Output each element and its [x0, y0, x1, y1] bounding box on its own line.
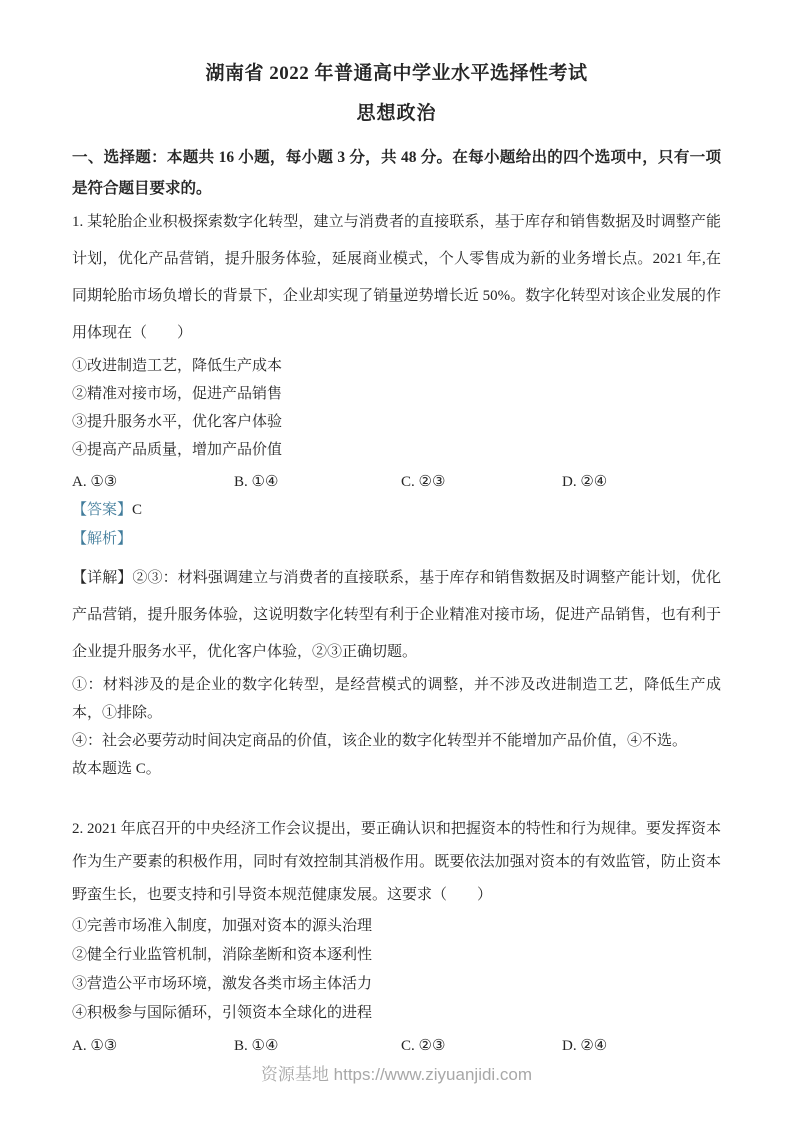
question-1-analysis-line: 【解析】	[72, 525, 721, 554]
answer-label: 【答案】	[72, 502, 132, 518]
question-2-item-2: ②健全行业监管机制，消除垄断和资本逐利性	[72, 941, 721, 970]
question-1-options: A. ①③ B. ①④ C. ②③ D. ②④	[72, 468, 721, 496]
question-1-item-2: ②精准对接市场，促进产品销售	[72, 380, 721, 408]
question-1-option-c: C. ②③	[401, 468, 562, 496]
question-2-option-b: B. ①④	[234, 1032, 401, 1060]
question-1-item-4: ④提高产品质量，增加产品价值	[72, 436, 721, 464]
question-1-detail-point-1: ①：材料涉及的是企业的数字化转型，是经营模式的调整，并不涉及改进制造工艺，降低生…	[72, 671, 721, 727]
document-page: 湖南省 2022 年普通高中学业水平选择性考试 思想政治 一、选择题：本题共 1…	[0, 0, 793, 1060]
question-2-stem: 2. 2021 年底召开的中央经济工作会议提出，要正确认识和把握资本的特性和行为…	[72, 813, 721, 912]
question-1: 1. 某轮胎企业积极探索数字化转型，建立与消费者的直接联系，基于库存和销售数据及…	[72, 204, 721, 783]
footer-watermark: 资源基地 https://www.ziyuanjidi.com	[0, 1063, 793, 1087]
page-subtitle: 思想政治	[72, 102, 721, 126]
question-2-item-4: ④积极参与国际循环，引领资本全球化的进程	[72, 999, 721, 1028]
question-2-item-3: ③营造公平市场环境，激发各类市场主体活力	[72, 970, 721, 999]
question-2-item-1: ①完善市场准入制度，加强对资本的源头治理	[72, 912, 721, 941]
question-1-item-1: ①改进制造工艺，降低生产成本	[72, 352, 721, 380]
question-1-detail-main: 【详解】②③：材料强调建立与消费者的直接联系，基于库存和销售数据及时调整产能计划…	[72, 560, 721, 671]
question-1-option-b: B. ①④	[234, 468, 401, 496]
question-1-option-a: A. ①③	[72, 468, 234, 496]
analysis-label: 【解析】	[72, 531, 132, 547]
answer-value: C	[132, 502, 142, 518]
page-title: 湖南省 2022 年普通高中学业水平选择性考试	[72, 62, 721, 86]
question-2-options: A. ①③ B. ①④ C. ②③ D. ②④	[72, 1032, 721, 1060]
question-1-detail-conclusion: 故本题选 C。	[72, 755, 721, 783]
question-1-detail-point-4: ④：社会必要劳动时间决定商品的价值，该企业的数字化转型并不能增加产品价值，④不选…	[72, 727, 721, 755]
question-1-answer-line: 【答案】C	[72, 496, 721, 525]
question-2: 2. 2021 年底召开的中央经济工作会议提出，要正确认识和把握资本的特性和行为…	[72, 813, 721, 1060]
section-header: 一、选择题：本题共 16 小题，每小题 3 分，共 48 分。在每小题给出的四个…	[72, 142, 721, 204]
question-1-stem: 1. 某轮胎企业积极探索数字化转型，建立与消费者的直接联系，基于库存和销售数据及…	[72, 204, 721, 352]
question-1-option-d: D. ②④	[562, 468, 721, 496]
question-2-option-d: D. ②④	[562, 1032, 721, 1060]
question-2-option-a: A. ①③	[72, 1032, 234, 1060]
question-2-option-c: C. ②③	[401, 1032, 562, 1060]
question-1-item-3: ③提升服务水平，优化客户体验	[72, 408, 721, 436]
